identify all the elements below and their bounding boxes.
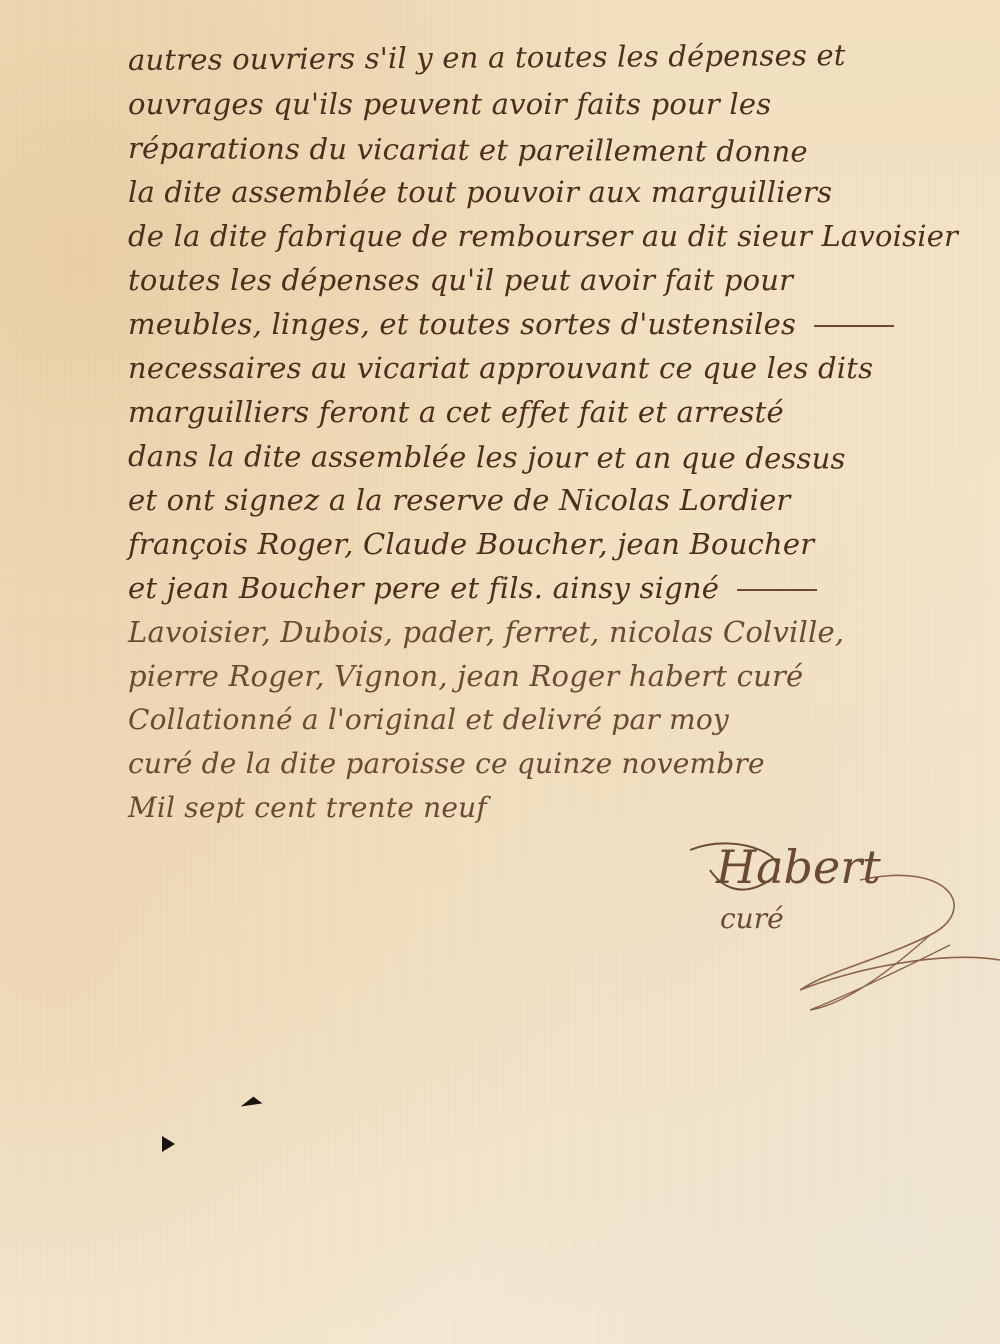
manuscript-line: marguilliers feront a cet effet fait et … bbox=[128, 390, 988, 434]
manuscript-line: Lavoisier, Dubois, pader, ferret, nicola… bbox=[128, 610, 988, 654]
ink-blot bbox=[162, 1136, 175, 1152]
manuscript-line: ouvrages qu'ils peuvent avoir faits pour… bbox=[128, 82, 988, 126]
manuscript-line: réparations du vicariat et pareillement … bbox=[128, 126, 988, 175]
manuscript-line: de la dite fabrique de rembourser au dit… bbox=[128, 214, 988, 258]
collation-line: Collationné a l'original et delivré par … bbox=[128, 698, 988, 742]
ink-blot bbox=[240, 1096, 263, 1107]
manuscript-line: toutes les dépenses qu'il peut avoir fai… bbox=[128, 258, 988, 302]
signature: Habert curé bbox=[680, 840, 980, 1030]
manuscript-line: pierre Roger, Vignon, jean Roger habert … bbox=[128, 654, 988, 698]
manuscript-line: meubles, linges, et toutes sortes d'uste… bbox=[128, 302, 988, 346]
manuscript-text: autres ouvriers s'il y en a toutes les d… bbox=[128, 38, 988, 830]
signature-title: curé bbox=[720, 902, 784, 935]
manuscript-line: et ont signez a la reserve de Nicolas Lo… bbox=[128, 478, 988, 522]
manuscript-line: et jean Boucher pere et fils. ainsy sign… bbox=[128, 566, 988, 610]
manuscript-line: autres ouvriers s'il y en a toutes les d… bbox=[128, 32, 988, 82]
manuscript-line: la dite assemblée tout pouvoir aux margu… bbox=[128, 170, 988, 214]
collation-line: Mil sept cent trente neuf bbox=[128, 786, 988, 830]
signature-name: Habert bbox=[716, 840, 881, 894]
collation-line: curé de la dite paroisse ce quinze novem… bbox=[128, 742, 988, 786]
manuscript-line: dans la dite assemblée les jour et an qu… bbox=[128, 434, 988, 481]
manuscript-page: autres ouvriers s'il y en a toutes les d… bbox=[0, 0, 1000, 1344]
manuscript-line: necessaires au vicariat approuvant ce qu… bbox=[128, 346, 988, 390]
manuscript-line: françois Roger, Claude Boucher, jean Bou… bbox=[128, 522, 988, 566]
